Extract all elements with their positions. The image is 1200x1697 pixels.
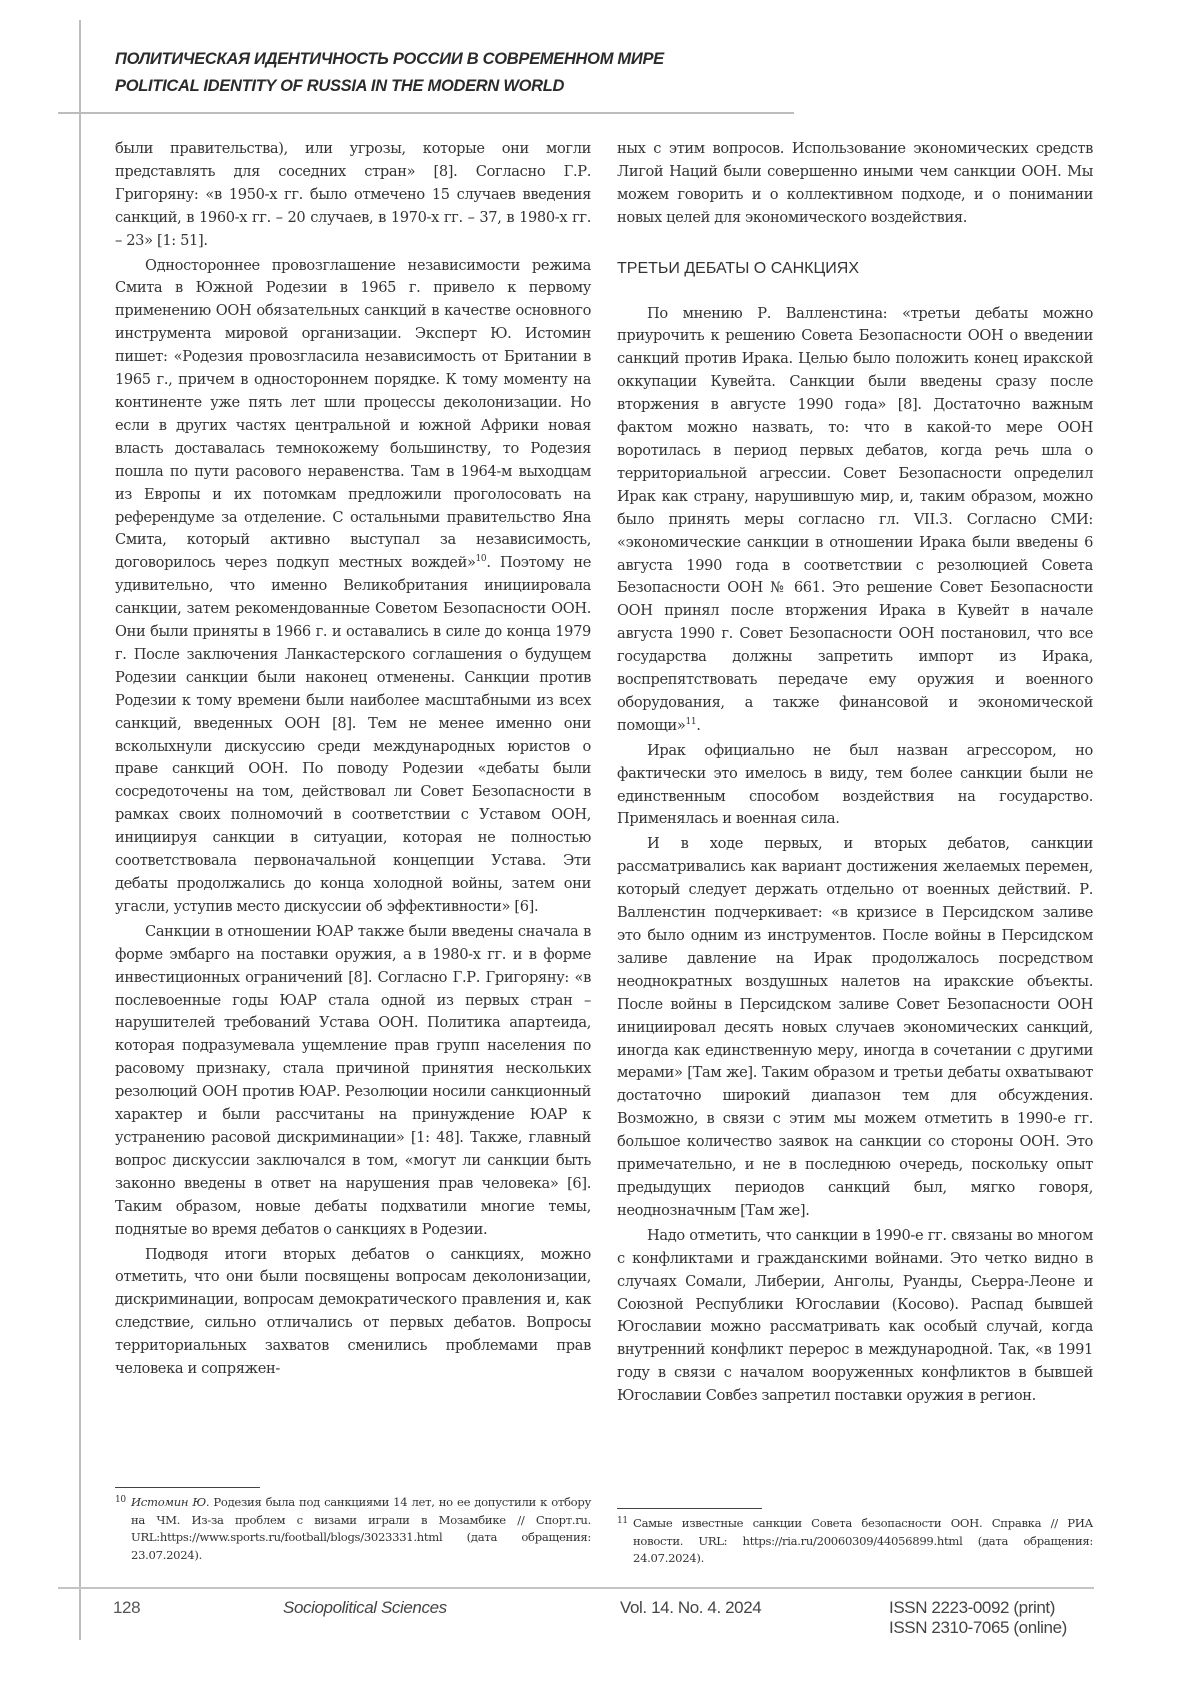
paragraph: По мнению Р. Валленстина: «третьи дебаты… — [617, 303, 1093, 738]
paragraph: И в ходе первых, и вторых дебатов, санкц… — [617, 833, 1093, 1222]
running-header-ru: ПОЛИТИЧЕСКАЯ ИДЕНТИЧНОСТЬ РОССИИ В СОВРЕ… — [115, 46, 664, 73]
footnote-ref-11[interactable]: 11 — [685, 717, 696, 727]
running-header-en: POLITICAL IDENTITY OF RUSSIA IN THE MODE… — [115, 73, 664, 100]
page-number: 128 — [113, 1598, 140, 1618]
header-divider — [58, 112, 794, 114]
journal-title: Sociopolitical Sciences — [283, 1598, 447, 1618]
footnotes-right: 11Самые известные санкции Совета безопас… — [617, 1508, 1093, 1568]
issn-block: ISSN 2223-0092 (print) ISSN 2310-7065 (o… — [889, 1598, 1067, 1638]
running-header: ПОЛИТИЧЕСКАЯ ИДЕНТИЧНОСТЬ РОССИИ В СОВРЕ… — [115, 46, 664, 100]
paragraph: Ирак официально не был назван агрессором… — [617, 740, 1093, 832]
footnote-divider — [115, 1487, 260, 1488]
issn-online: ISSN 2310-7065 (online) — [889, 1618, 1067, 1638]
footnotes-left: 10Истомин Ю. Родезия была под санкциями … — [115, 1487, 591, 1564]
left-column: были правительства), или угрозы, которые… — [115, 138, 591, 1381]
footer-divider — [58, 1587, 1094, 1589]
footnote-11: 11Самые известные санкции Совета безопас… — [617, 1515, 1093, 1568]
vertical-page-rule — [79, 20, 81, 1640]
footnote-ref-10[interactable]: 10 — [476, 554, 487, 564]
section-heading: ТРЕТЬИ ДЕБАТЫ О САНКЦИЯХ — [617, 258, 1093, 281]
right-column: ных с этим вопросов. Использование эконо… — [617, 138, 1093, 1408]
paragraph: Подводя итоги вторых дебатов о санкциях,… — [115, 1244, 591, 1381]
paragraph: были правительства), или угрозы, которые… — [115, 138, 591, 253]
footnote-divider — [617, 1508, 762, 1509]
footnote-10: 10Истомин Ю. Родезия была под санкциями … — [115, 1494, 591, 1564]
volume-info: Vol. 14. No. 4. 2024 — [620, 1598, 761, 1618]
paragraph: Надо отметить, что санкции в 1990-е гг. … — [617, 1225, 1093, 1408]
paragraph: Одностороннее провозглашение независимос… — [115, 255, 591, 919]
issn-print: ISSN 2223-0092 (print) — [889, 1598, 1067, 1618]
paragraph: ных с этим вопросов. Использование эконо… — [617, 138, 1093, 230]
paragraph: Санкции в отношении ЮАР также были введе… — [115, 921, 591, 1242]
